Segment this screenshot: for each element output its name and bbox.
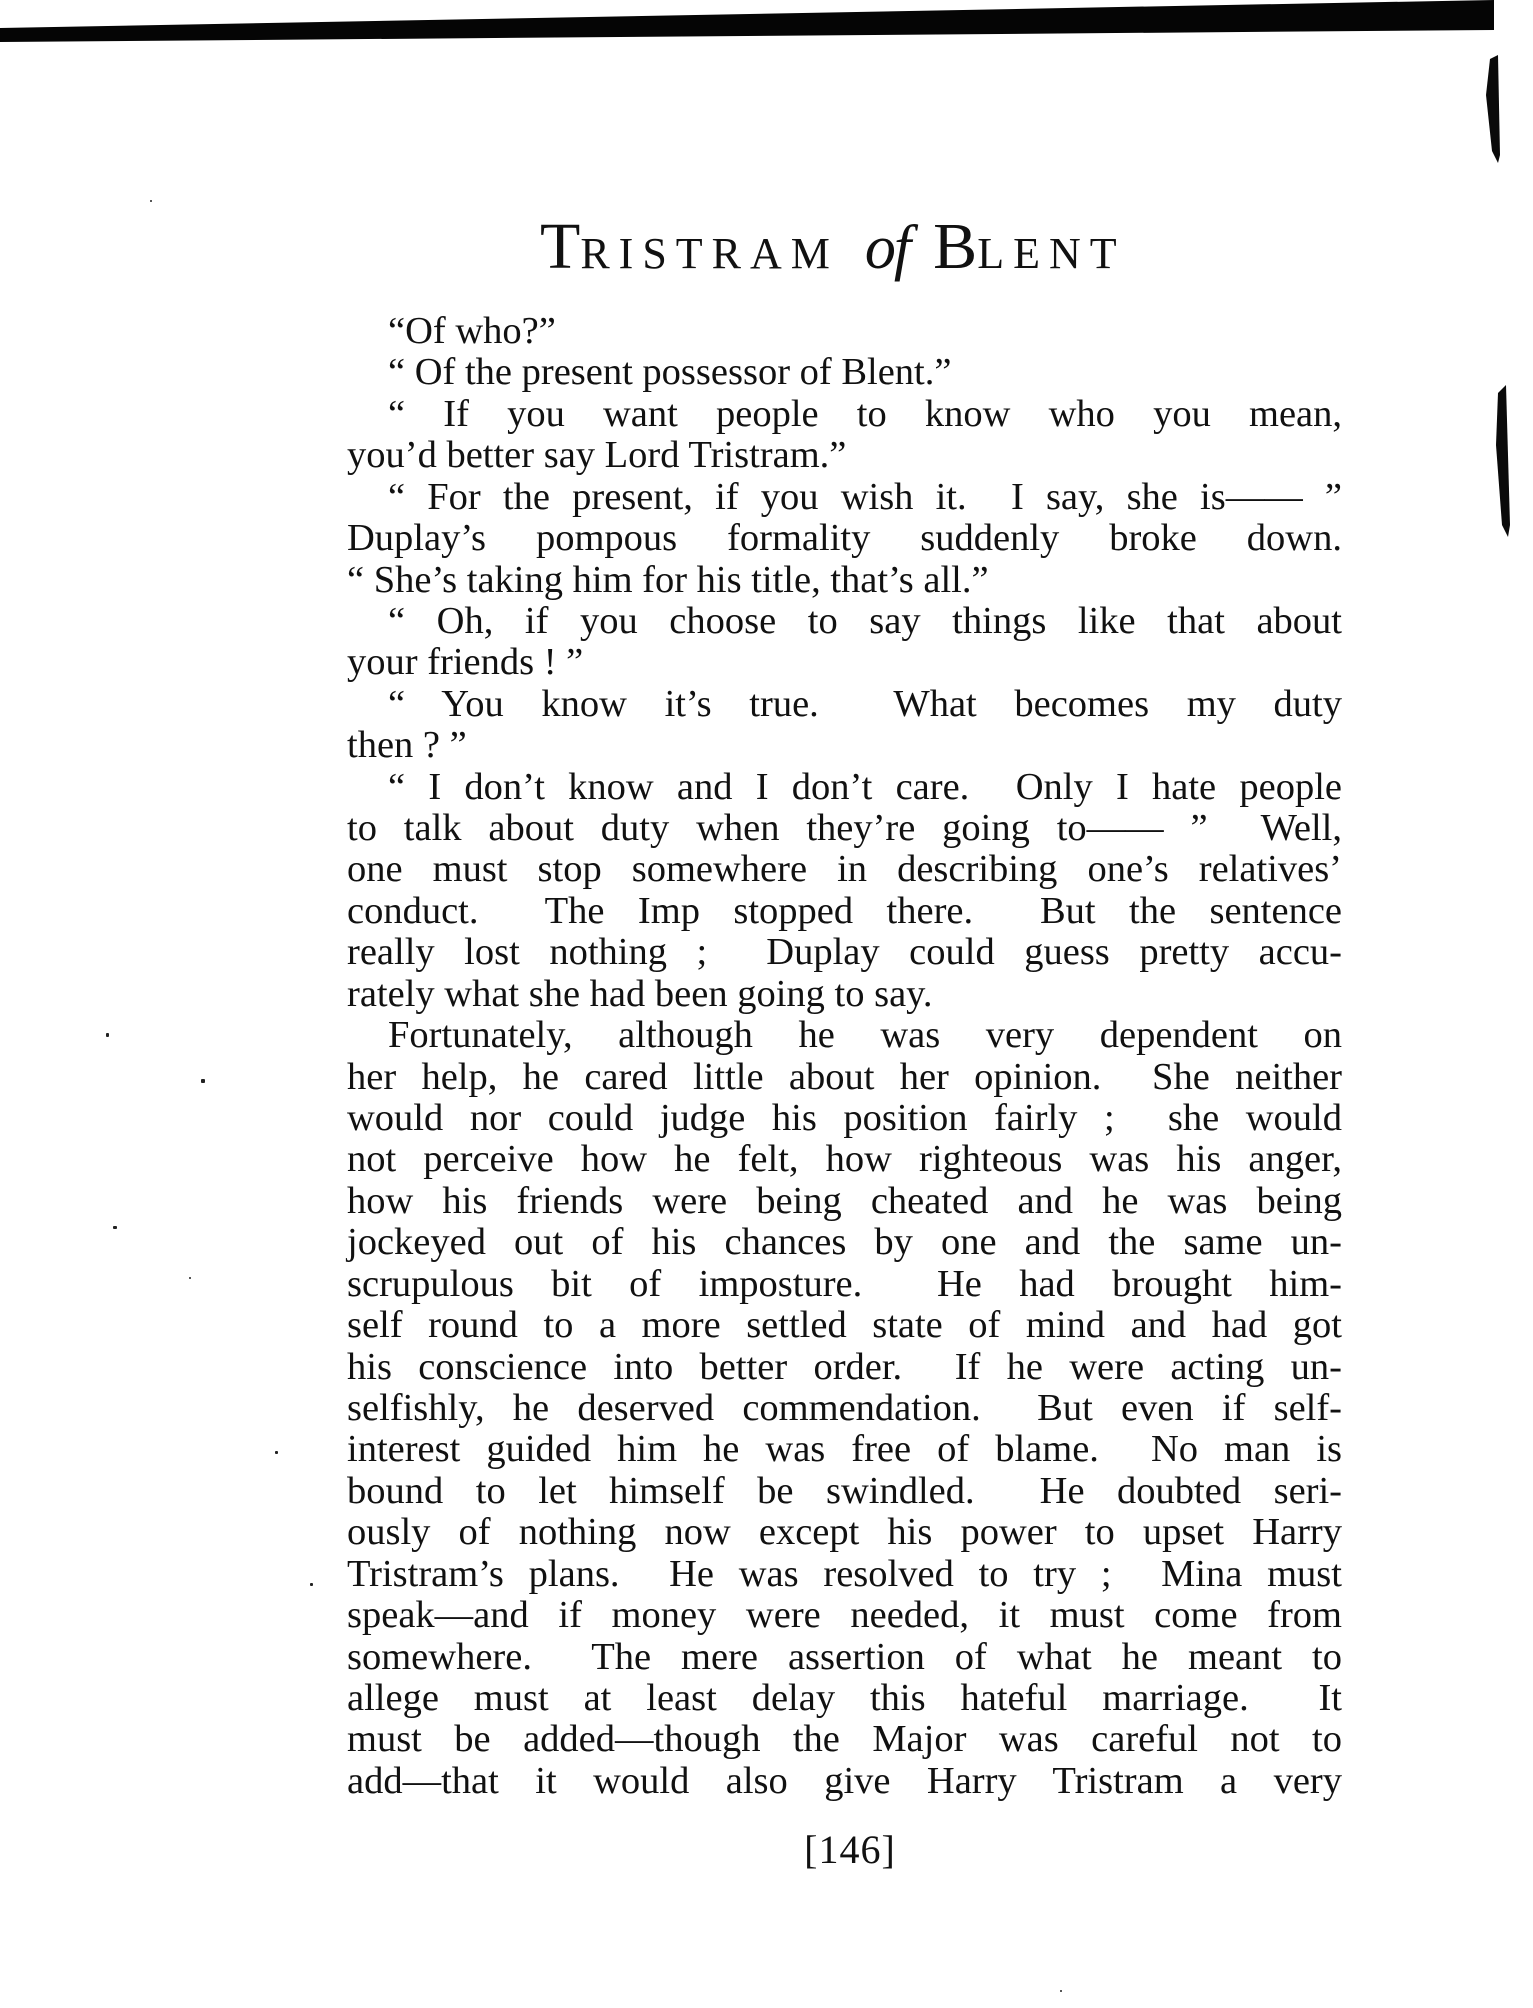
text-line: you’d better say Lord Tristram.” xyxy=(347,435,1342,476)
running-head-initial: T xyxy=(540,210,580,283)
text-line: his conscience into better order. If he … xyxy=(347,1347,1342,1388)
text-line: must be added—though the Major was caref… xyxy=(347,1719,1342,1760)
scan-edge-mark-lower xyxy=(1488,385,1518,545)
text-line: your friends ! ” xyxy=(347,642,1342,683)
scan-speck xyxy=(275,1451,278,1454)
running-head: TRISTRAMofBLENT xyxy=(540,214,1160,294)
page-number: [146] xyxy=(800,1826,900,1874)
text-line: not perceive how he felt, how righteous … xyxy=(347,1139,1342,1180)
text-line: how his friends were being cheated and h… xyxy=(347,1181,1342,1222)
scan-speck xyxy=(113,1226,117,1229)
text-line: one must stop somewhere in describing on… xyxy=(347,849,1342,890)
running-head-connector: of xyxy=(865,214,909,282)
body-text: “Of who?”“ Of the present possessor of B… xyxy=(347,311,1342,1802)
running-head-small-caps: LENT xyxy=(977,229,1125,278)
scan-speck xyxy=(106,1033,109,1037)
text-line: jockeyed out of his chances by one and t… xyxy=(347,1222,1342,1263)
running-head-title-word: TRISTRAM xyxy=(540,214,839,280)
text-line: conduct. The Imp stopped there. But the … xyxy=(347,891,1342,932)
text-line: Duplay’s pompous formality suddenly brok… xyxy=(347,518,1342,559)
scan-speck xyxy=(310,1583,313,1586)
text-line: self round to a more settled state of mi… xyxy=(347,1305,1342,1346)
running-head-title-word: BLENT xyxy=(933,214,1125,280)
text-line: Fortunately, although he was very depend… xyxy=(347,1015,1342,1056)
text-line: interest guided him he was free of blame… xyxy=(347,1429,1342,1470)
text-line: really lost nothing ; Duplay could guess… xyxy=(347,932,1342,973)
scan-edge-mark-upper xyxy=(1478,55,1508,165)
text-line: bound to let himself be swindled. He dou… xyxy=(347,1471,1342,1512)
scan-speck xyxy=(189,1277,191,1279)
text-line: “ I don’t know and I don’t care. Only I … xyxy=(347,767,1342,808)
scan-edge-band xyxy=(0,0,1533,50)
text-line: Tristram’s plans. He was resolved to try… xyxy=(347,1554,1342,1595)
text-line: rately what she had been going to say. xyxy=(347,974,1342,1015)
text-line: would nor could judge his position fairl… xyxy=(347,1098,1342,1139)
text-line: add—that it would also give Harry Tristr… xyxy=(347,1761,1342,1802)
scan-speck xyxy=(150,200,152,202)
running-head-small-caps: RISTRAM xyxy=(580,229,839,278)
text-line: “ For the present, if you wish it. I say… xyxy=(347,477,1342,518)
text-line: allege must at least delay this hateful … xyxy=(347,1678,1342,1719)
text-line: “Of who?” xyxy=(347,311,1342,352)
scan-speck xyxy=(201,1079,205,1083)
text-line: speak—and if money were needed, it must … xyxy=(347,1595,1342,1636)
text-line: selfishly, he deserved commendation. But… xyxy=(347,1388,1342,1429)
text-line: “ She’s taking him for his title, that’s… xyxy=(347,560,1342,601)
text-line: scrupulous bit of imposture. He had brou… xyxy=(347,1264,1342,1305)
running-head-initial: B xyxy=(933,210,977,283)
text-line: “ If you want people to know who you mea… xyxy=(347,394,1342,435)
text-line: to talk about duty when they’re going to… xyxy=(347,808,1342,849)
text-line: her help, he cared little about her opin… xyxy=(347,1057,1342,1098)
text-line: “ Oh, if you choose to say things like t… xyxy=(347,601,1342,642)
text-line: somewhere. The mere assertion of what he… xyxy=(347,1637,1342,1678)
text-line: “ Of the present possessor of Blent.” xyxy=(347,352,1342,393)
text-line: then ? ” xyxy=(347,725,1342,766)
text-line: ously of nothing now except his power to… xyxy=(347,1512,1342,1553)
text-line: “ You know it’s true. What becomes my du… xyxy=(347,684,1342,725)
scan-speck xyxy=(1060,1990,1062,1992)
